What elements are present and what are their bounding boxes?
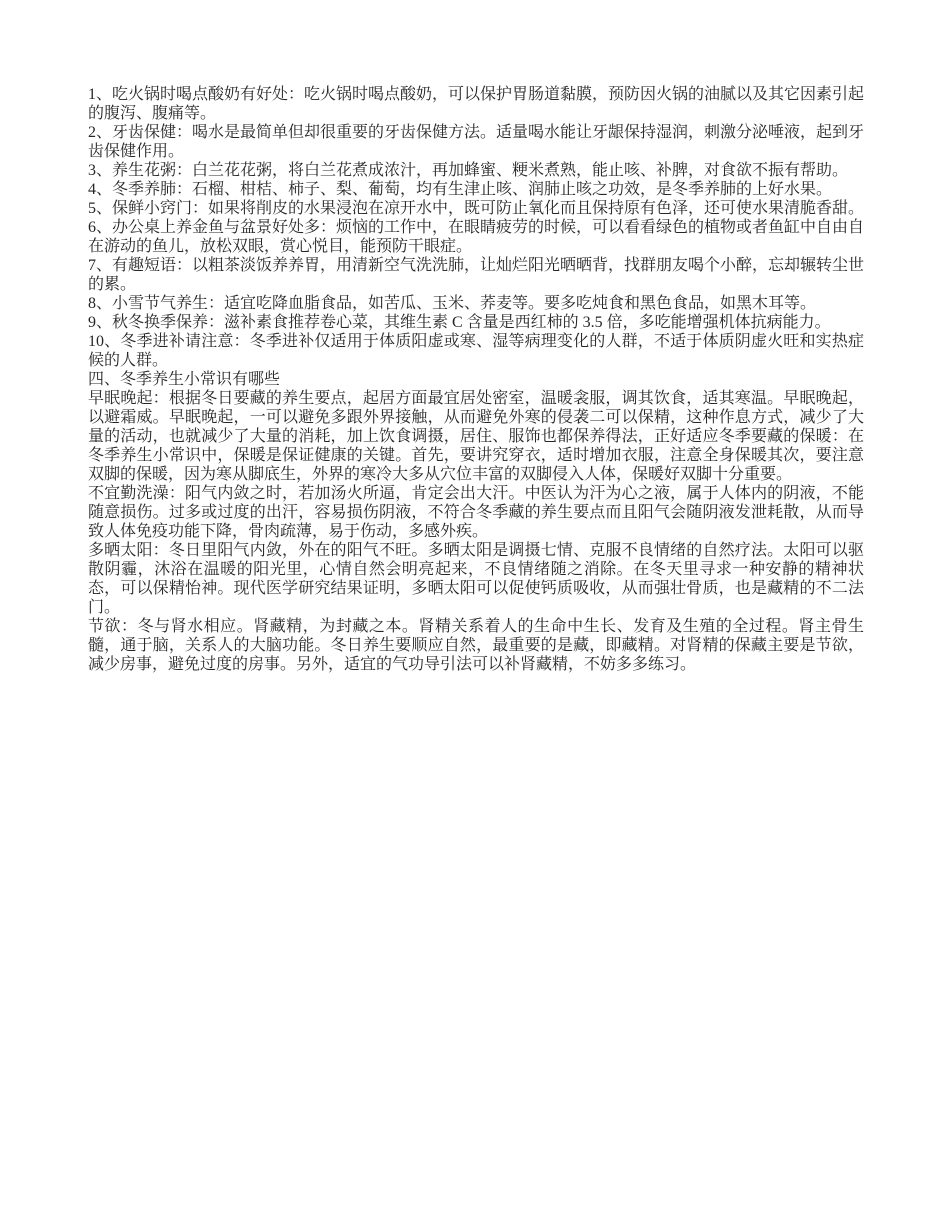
paragraph: 3、养生花粥：白兰花花粥，将白兰花煮成浓汁，再加蜂蜜、粳米煮熟，能止咳、补脾，对… <box>88 161 864 180</box>
paragraph: 2、牙齿保健：喝水是最简单但却很重要的牙齿保健方法。适量喝水能让牙龈保持湿润，刺… <box>88 123 864 161</box>
section-heading: 四、冬季养生小常识有哪些 <box>88 370 864 389</box>
paragraph: 5、保鲜小窍门：如果将削皮的水果浸泡在凉开水中，既可防止氧化而且保持原有色泽，还… <box>88 199 864 218</box>
paragraph: 多晒太阳：冬日里阳气内敛，外在的阳气不旺。多晒太阳是调摄七情、克服不良情绪的自然… <box>88 541 864 617</box>
paragraph: 不宜勤洗澡：阳气内敛之时，若加汤火所逼，肯定会出大汗。中医认为汗为心之液，属于人… <box>88 484 864 541</box>
paragraph: 8、小雪节气养生：适宜吃降血脂食品，如苦瓜、玉米、荞麦等。要多吃炖食和黑色食品，… <box>88 294 864 313</box>
paragraph: 6、办公桌上养金鱼与盆景好处多：烦恼的工作中，在眼睛疲劳的时候，可以看看绿色的植… <box>88 218 864 256</box>
paragraph: 节欲：冬与肾水相应。肾藏精，为封藏之本。肾精关系着人的生命中生长、发育及生殖的全… <box>88 617 864 674</box>
document-body: 1、吃火锅时喝点酸奶有好处：吃火锅时喝点酸奶，可以保护胃肠道黏膜，预防因火锅的油… <box>88 85 864 674</box>
paragraph: 早眠晚起：根据冬日要藏的养生要点，起居方面最宜居处密室，温暖衾服，调其饮食，适其… <box>88 389 864 484</box>
paragraph: 7、有趣短语：以粗茶淡饭养养胃，用清新空气洗洗肺，让灿烂阳光晒晒背，找群朋友喝个… <box>88 256 864 294</box>
paragraph: 9、秋冬换季保养：滋补素食推荐卷心菜，其维生素 C 含量是西红柿的 3.5 倍，… <box>88 313 864 332</box>
paragraph: 4、冬季养肺：石榴、柑桔、柿子、梨、葡萄，均有生津止咳、润肺止咳之功效，是冬季养… <box>88 180 864 199</box>
paragraph: 10、冬季进补请注意：冬季进补仅适用于体质阳虚或寒、湿等病理变化的人群，不适于体… <box>88 332 864 370</box>
paragraph: 1、吃火锅时喝点酸奶有好处：吃火锅时喝点酸奶，可以保护胃肠道黏膜，预防因火锅的油… <box>88 85 864 123</box>
